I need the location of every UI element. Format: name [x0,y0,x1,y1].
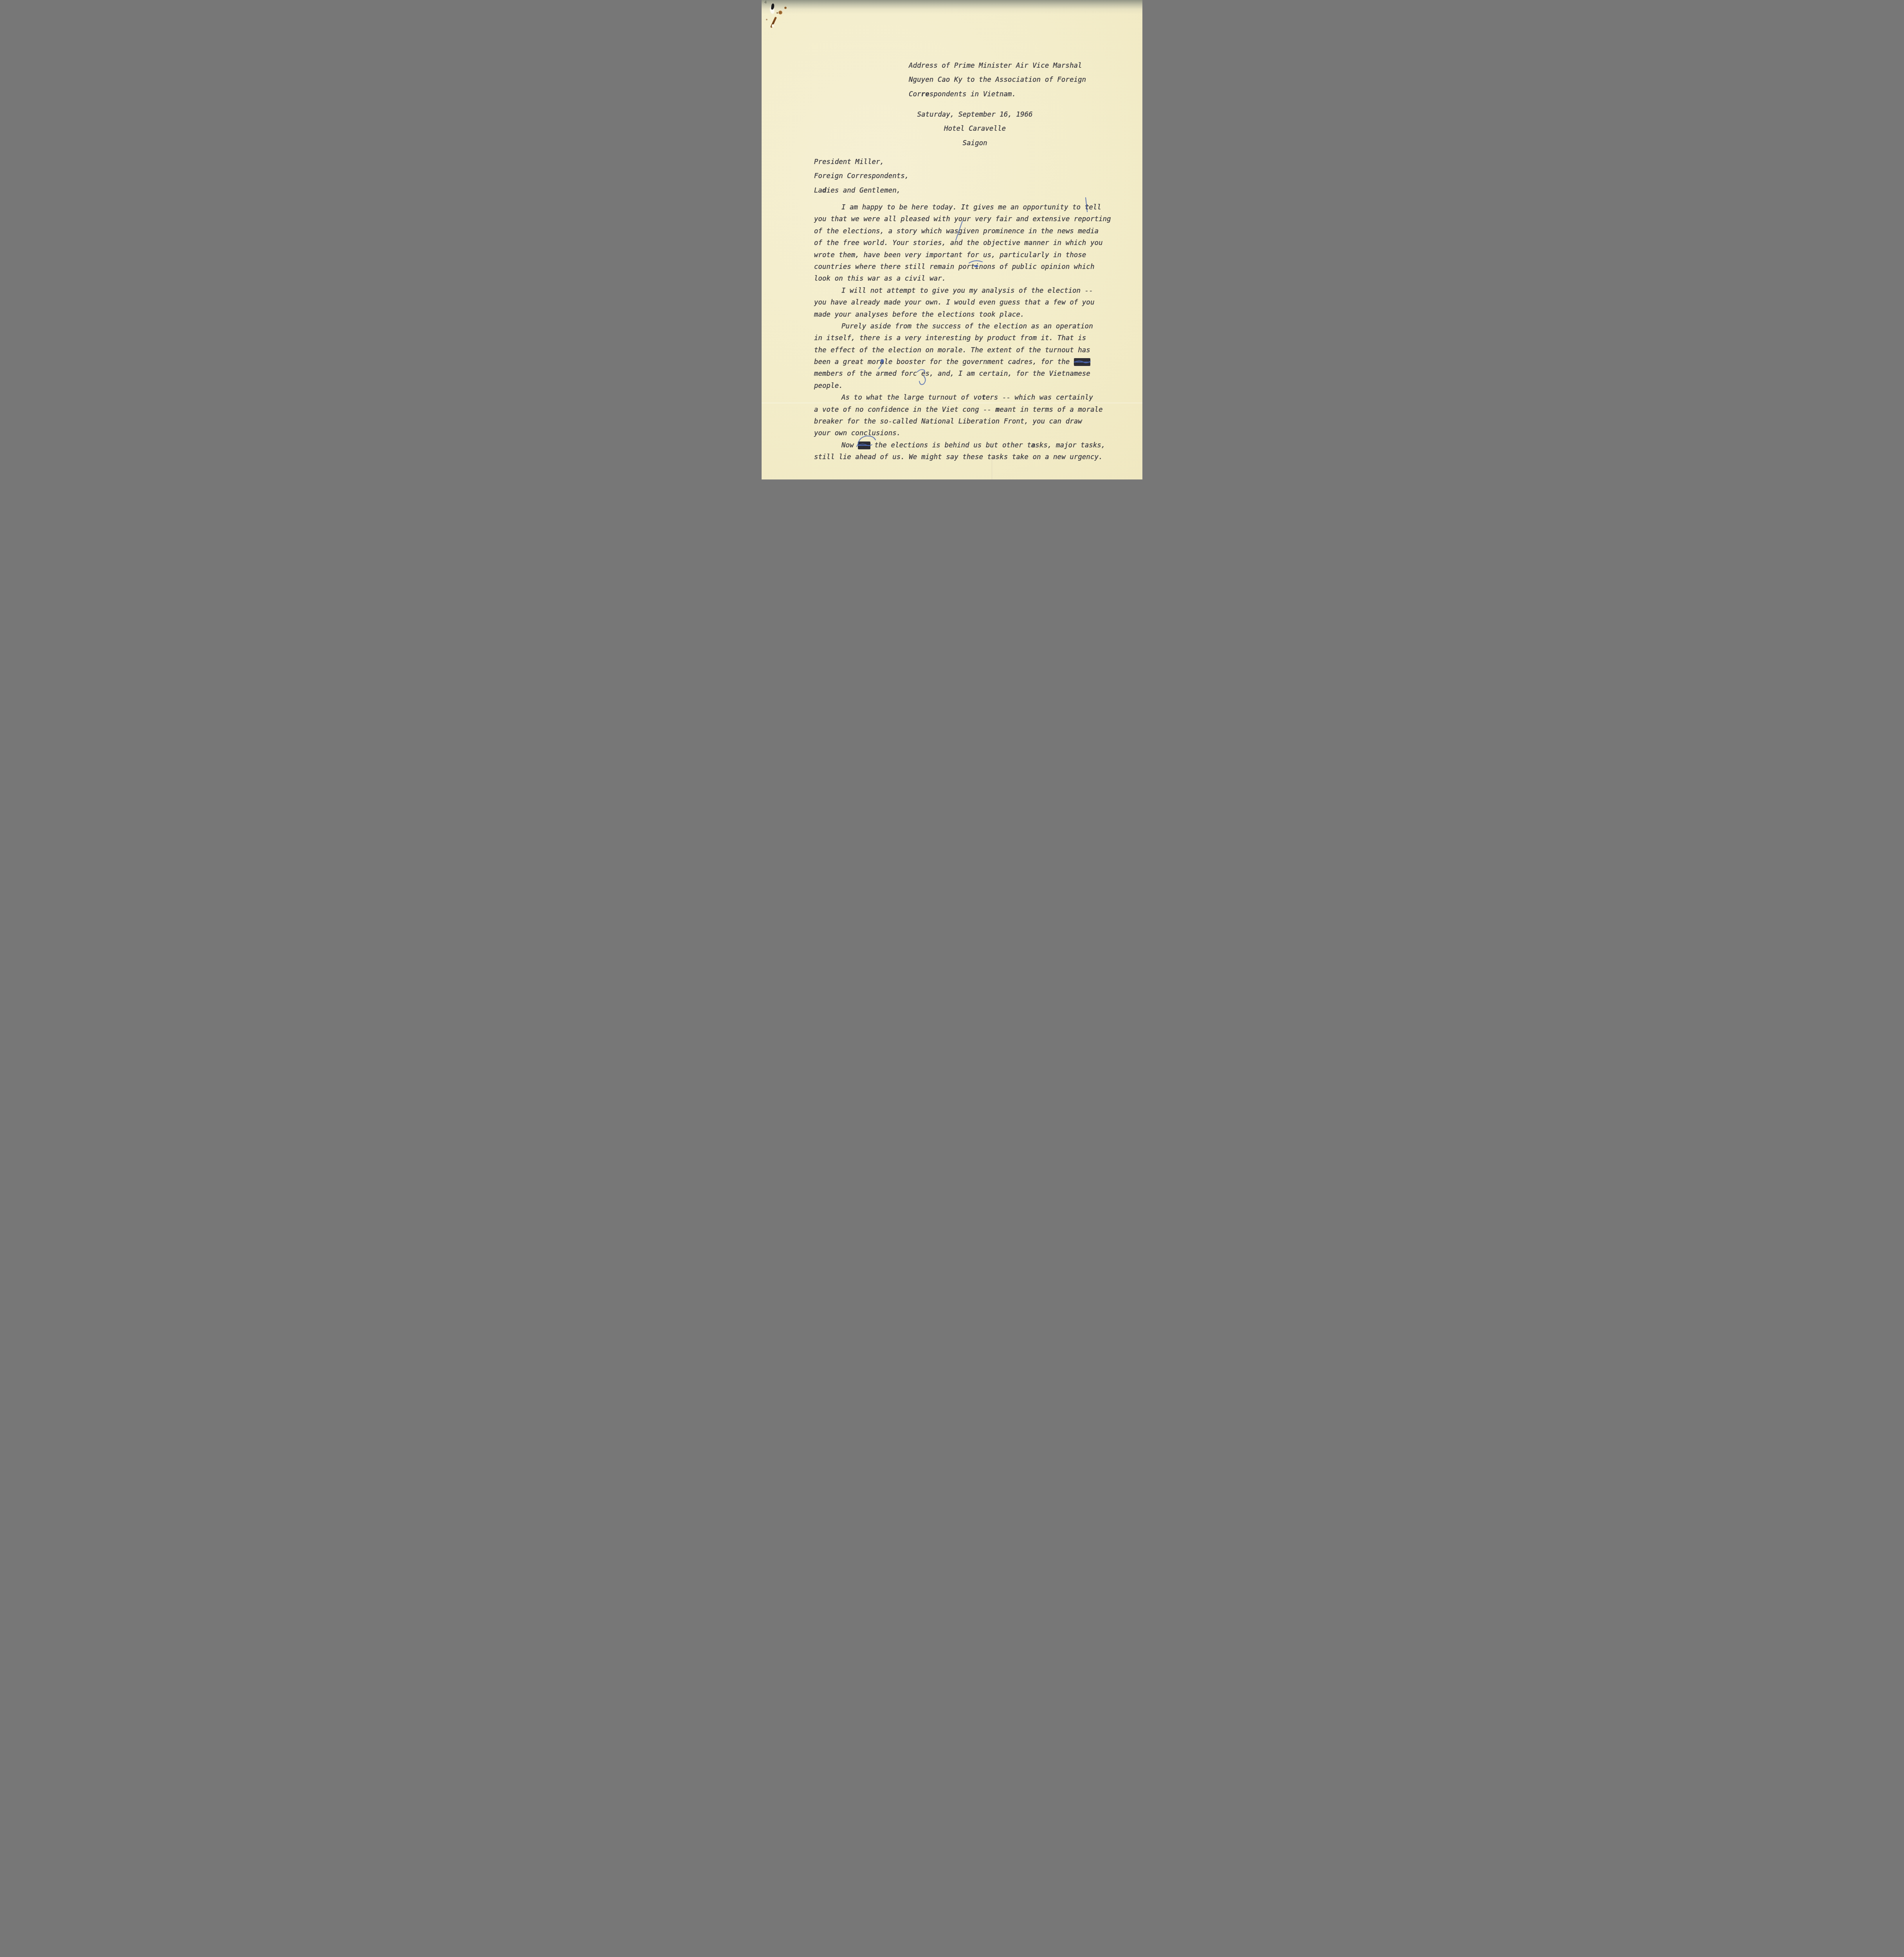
text-line: Ladies and Gentlemen, [814,184,909,198]
text-line: the effect of the election on morale. Th… [814,344,1111,356]
letter-body: I am happy to be here today. It gives me… [814,202,1111,463]
date-block: Saturday, September 16, 1966Hotel Carave… [897,108,1053,150]
text-line: you that we were all pleased with your v… [814,213,1111,225]
text-line: of the free world. Your stories, and the… [814,237,1111,249]
text-line: I am happy to be here today. It gives me… [814,202,1111,213]
text-line: Hotel Caravelle [897,122,1053,136]
rust-spot [778,11,782,14]
scanner-shadow-band [762,0,1142,14]
text-line: your own conclusions. [814,427,1111,439]
text-line: wrote them, have been very important for… [814,249,1111,261]
text-line: been a great morale booster for the gove… [814,356,1111,368]
text-line: Saigon [897,136,1053,150]
text-line: Address of Prime Minister Air Vice Marsh… [909,59,1086,73]
text-line: in itself, there is a very interesting b… [814,332,1111,344]
text-line: a vote of no confidence in the Viet cong… [814,404,1111,416]
text-line: President Miller, [814,155,909,169]
text-line: Saturday, September 16, 1966 [897,108,1053,122]
text-line: of the elections, a story which wasgiven… [814,225,1111,237]
text-line: I will not attempt to give you my analys… [814,285,1111,297]
salutation-block: President Miller,Foreign Correspondents,… [814,155,909,198]
text-line: made your analyses before the elections … [814,309,1111,321]
text-line: Foreign Correspondents, [814,169,909,183]
text-line: Purely aside from the success of the ele… [814,321,1111,332]
text-line: look on this war as a civil war. [814,273,1111,285]
rust-spot [776,12,778,14]
paper-flaw-spot [772,24,774,27]
text-line: Now how the elections is behind us but o… [814,440,1111,451]
text-line: As to what the large turnout of voters -… [814,392,1111,404]
text-line: Nguyen Cao Ky to the Association of Fore… [909,73,1086,87]
title-block: Address of Prime Minister Air Vice Marsh… [909,59,1086,101]
text-line: you have already made your own. I would … [814,297,1111,308]
text-line: people. [814,380,1111,392]
text-line: still lie ahead of us. We might say thes… [814,451,1111,463]
scanned-letter-page: 4 Address of Prime Minister Air Vice Mar… [762,0,1142,479]
rust-streak [770,16,777,28]
paper-tear-mark [769,6,775,14]
text-line: breaker for the so-called National Liber… [814,416,1111,427]
text-line: members of the armed forc es, and, I am … [814,368,1111,380]
rust-spot [784,7,787,9]
staple-hole-mark [771,4,775,10]
text-line: Correspondents in Vietnam. [909,87,1086,101]
pencil-corner-mark: 4 [764,0,767,5]
text-line: countries where there still remain porti… [814,261,1111,273]
rust-spot [766,19,767,20]
